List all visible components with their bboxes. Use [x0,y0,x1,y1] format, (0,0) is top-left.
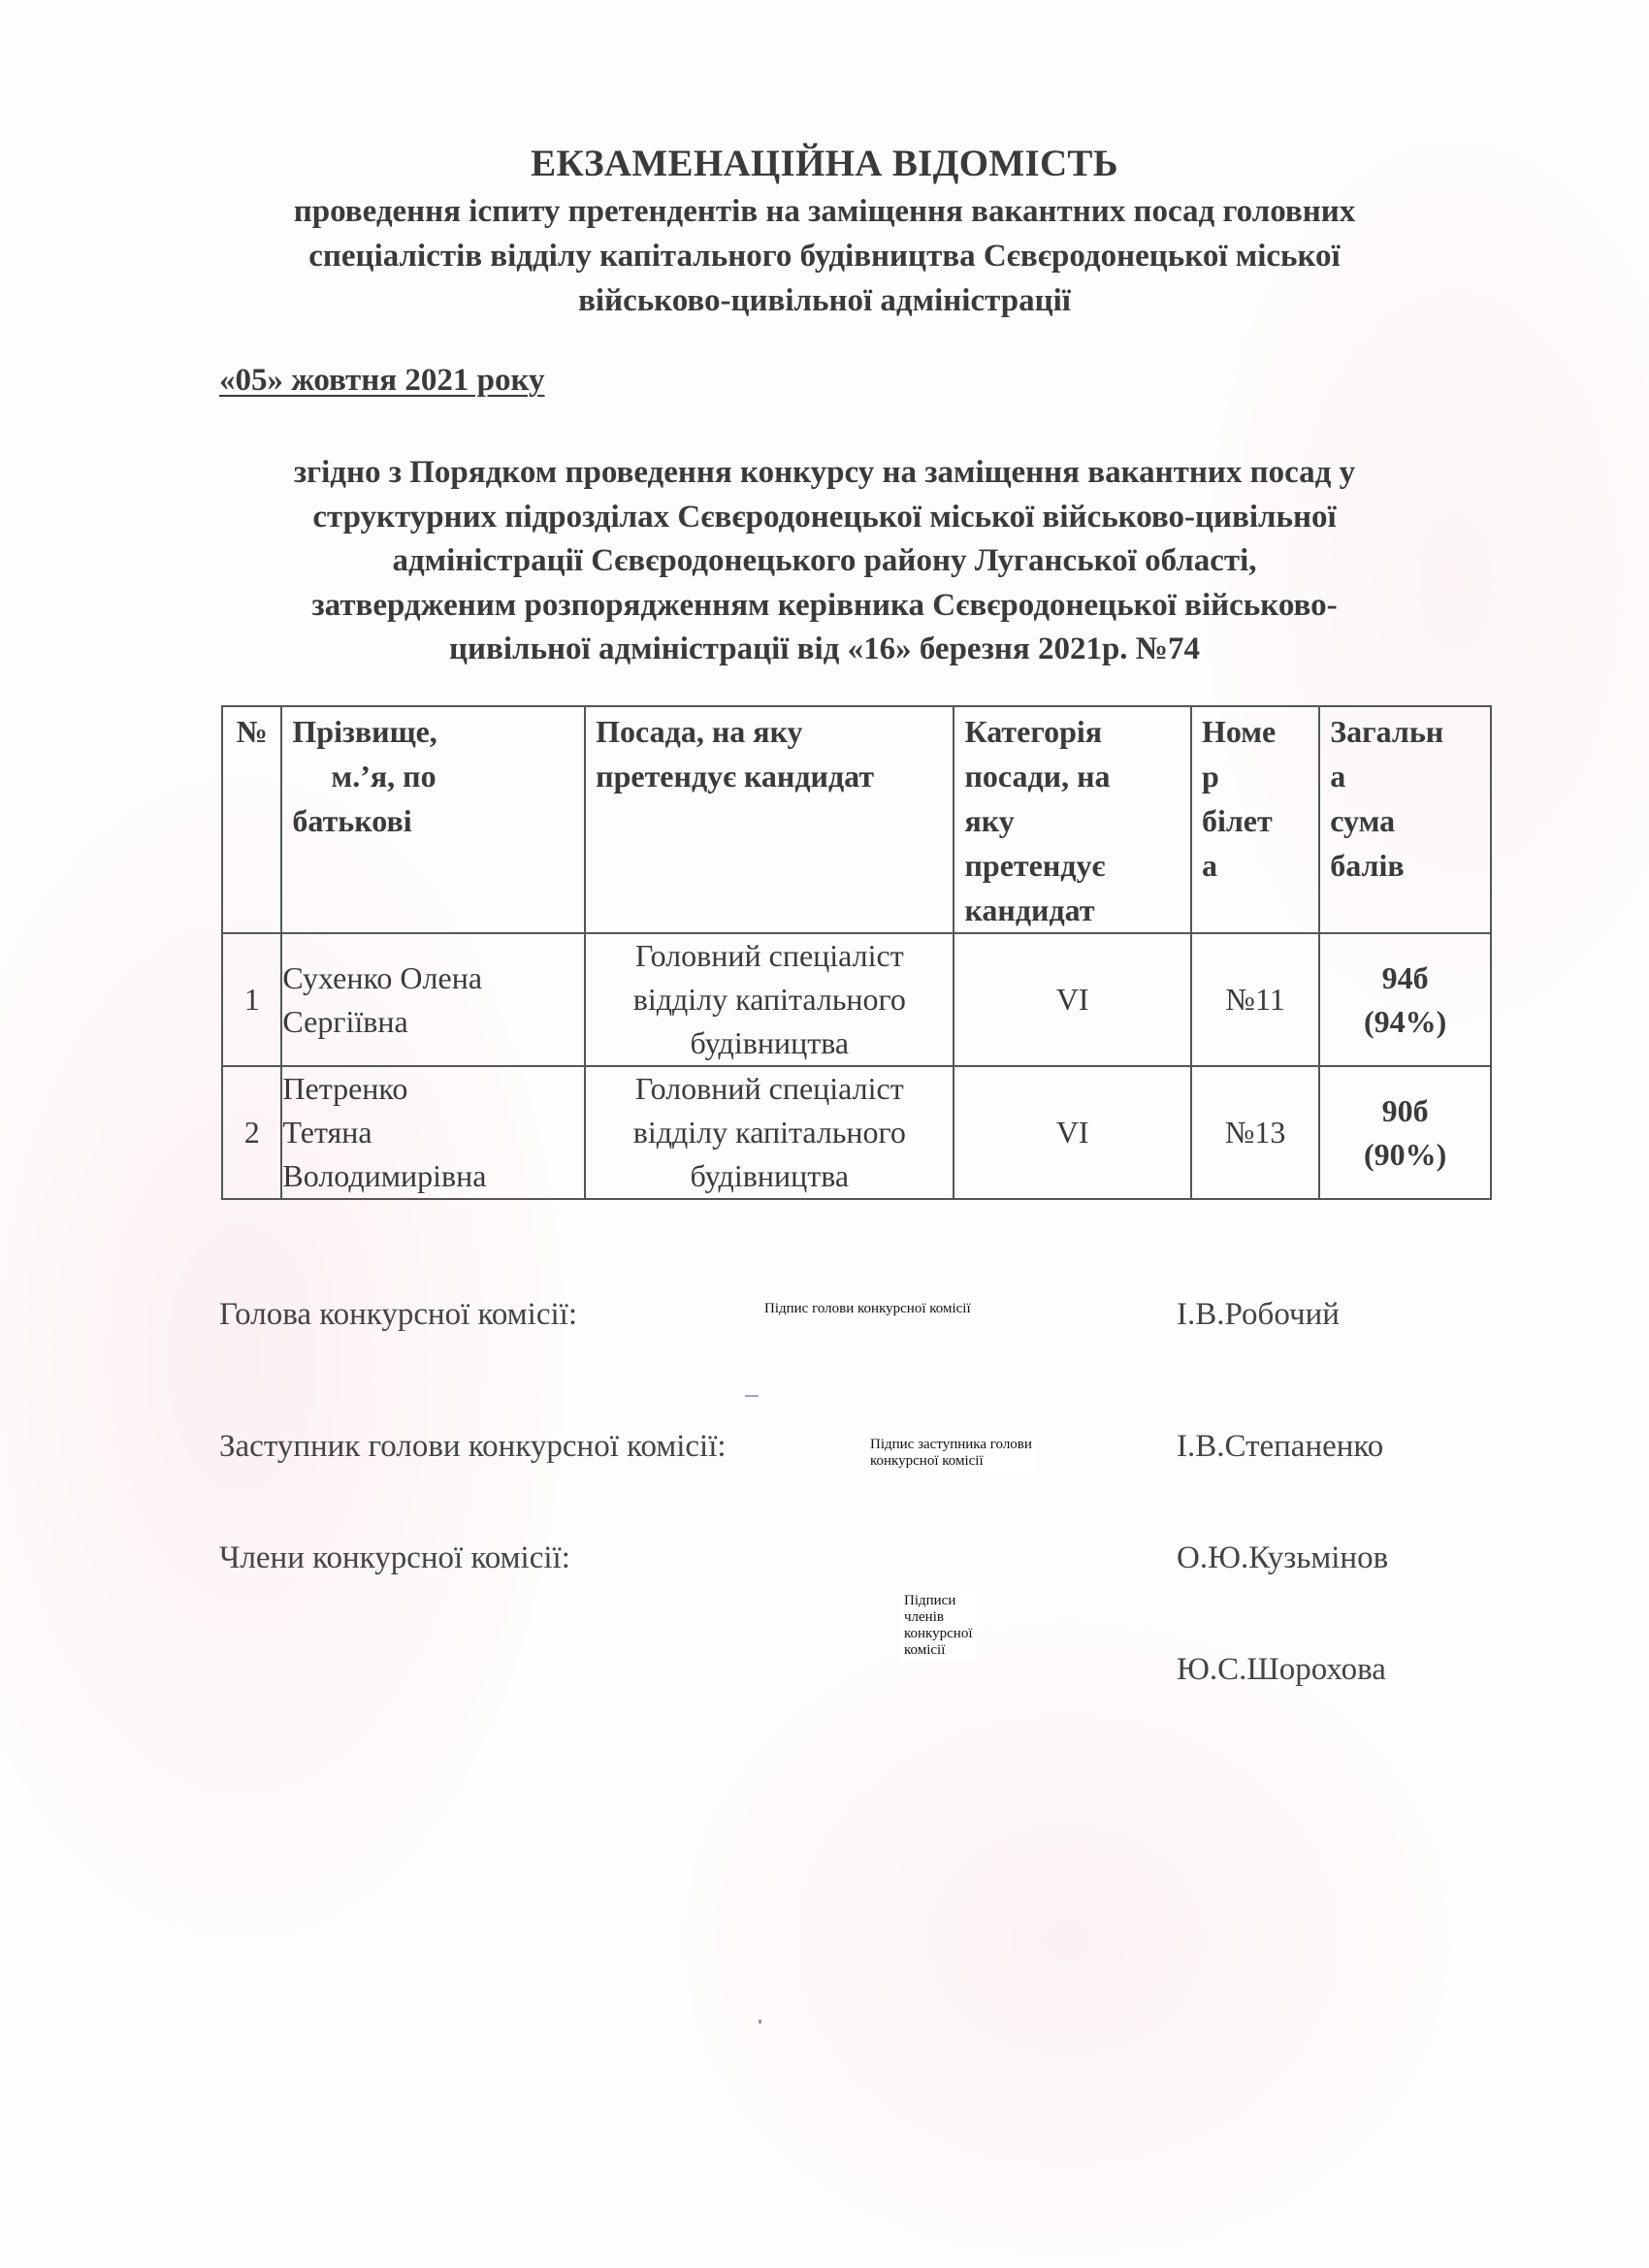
table-header-row: № Прізвище, м.’я, по батькові Посада, на… [222,706,1491,933]
deputy-signature-placeholder: Підпис заступника голови конкурсної комі… [866,1435,1036,1472]
deputy-label: Заступник голови конкурсної комісії: [219,1429,727,1465]
cell-number: 1 [222,933,281,1066]
subtitle-line: спеціалістів відділу капітального будівн… [194,234,1455,278]
header-text: Прізвище, [292,709,576,754]
cell-total-score: 90б (90%) [1319,1066,1491,1199]
document-subtitle: проведення іспиту претендентів на заміще… [194,189,1455,323]
cell-text: Сергіївна [282,1000,584,1044]
cell-text: Петренко [282,1067,584,1111]
document-title: ЕКЗАМЕНАЦІЙНА ВІДОМІСТЬ [194,142,1455,186]
header-text: № [223,709,280,754]
cell-text: відділу капітального [586,978,953,1021]
cell-text: (90%) [1320,1133,1490,1177]
placeholder-text: конкурсної комісії [870,1453,1032,1470]
chair-label: Голова конкурсної комісії: [219,1297,577,1333]
header-number: № [222,706,281,933]
cell-full-name: Сухенко Олена Сергіївна [281,933,585,1066]
chair-signature-placeholder: Підпис голови конкурсної комісії [760,1299,975,1319]
legal-basis: згідно з Порядком проведення конкурсу на… [194,451,1455,672]
cell-total-score: 94б (94%) [1319,933,1491,1066]
document-date: «05» жовтня 2021 року [219,363,545,399]
header-total-score: Загальн а сума балів [1319,706,1491,933]
header-text: батькові [292,798,576,843]
header-text: Категорія [964,709,1182,754]
cell-ticket: №13 [1191,1066,1319,1199]
cell-text: Сухенко Олена [282,956,584,1000]
basis-line: цивільної адміністрації від «16» березня… [194,628,1455,672]
header-position: Посада, на яку претендує кандидат [585,706,954,933]
header-text: сума [1330,798,1482,843]
cell-text: будівництва [586,1154,953,1198]
basis-line: затвердженим розпорядженням керівника Сє… [194,584,1455,629]
header-ticket-number: Номе р білет а [1191,706,1319,933]
cell-text: Головний спеціаліст [586,934,953,978]
cell-ticket: №11 [1191,933,1319,1066]
chair-name: І.В.Робочий [1177,1297,1340,1333]
deputy-name: І.В.Степаненко [1177,1429,1383,1465]
cell-number: 2 [222,1066,281,1199]
cell-position: Головний спеціаліст відділу капітального… [585,933,954,1066]
header-text: білет [1202,798,1310,843]
placeholder-text: Підпис голови конкурсної комісії [764,1301,971,1317]
header-text: м.’я, по [292,754,576,798]
cell-text: Головний спеціаліст [586,1067,953,1111]
header-text: посади, на [964,754,1182,798]
members-label: Члени конкурсної комісії: [219,1540,570,1576]
header-text: яку [964,798,1182,843]
table-row: 1 Сухенко Олена Сергіївна Головний спеці… [222,933,1491,1066]
member-name: О.Ю.Кузьмінов [1177,1540,1388,1576]
header-full-name: Прізвище, м.’я, по батькові [281,706,585,933]
cell-full-name: Петренко Тетяна Володимирівна [281,1066,585,1199]
members-signature-placeholder: Підписи членів конкурсної комісії [900,1591,976,1661]
cell-text: (94%) [1320,1000,1490,1044]
table-row: 2 Петренко Тетяна Володимирівна Головний… [222,1066,1491,1199]
placeholder-text: членів [904,1609,972,1626]
basis-line: згідно з Порядком проведення конкурсу на… [194,451,1455,496]
header-text: а [1330,754,1482,798]
results-table: № Прізвище, м.’я, по батькові Посада, на… [221,705,1492,1200]
header-text: претендує кандидат [596,754,945,798]
basis-line: адміністрації Сєвєродонецького району Лу… [194,539,1455,584]
placeholder-text: Підписи [904,1593,972,1609]
cell-category: VI [954,1066,1191,1199]
placeholder-text: Підпис заступника голови [870,1437,1032,1453]
header-text: балів [1330,843,1482,888]
header-category: Категорія посади, на яку претендує канди… [954,706,1191,933]
cell-text: Володимирівна [282,1154,584,1198]
cell-text: 90б [1320,1089,1490,1133]
placeholder-text: комісії [904,1642,972,1659]
cell-position: Головний спеціаліст відділу капітального… [585,1066,954,1199]
header-text: р [1202,754,1310,798]
cell-category: VI [954,933,1191,1066]
cell-text: відділу капітального [586,1111,953,1154]
subtitle-line: військово-цивільної адміністрації [194,278,1455,323]
header-text: претендує [964,843,1182,888]
placeholder-text: конкурсної [904,1626,972,1642]
cell-text: 94б [1320,956,1490,1000]
scan-artifact [759,2020,761,2024]
header-text: Посада, на яку [596,709,945,754]
header-text: а [1202,843,1310,888]
cell-text: будівництва [586,1021,953,1065]
basis-line: структурних підрозділах Сєвєродонецької … [194,496,1455,540]
header-text: Номе [1202,709,1310,754]
member-name: Ю.С.Шорохова [1177,1652,1386,1688]
scan-artifact [745,1395,759,1397]
header-text: кандидат [964,888,1182,932]
subtitle-line: проведення іспиту претендентів на заміще… [194,189,1455,234]
cell-text: Тетяна [282,1111,584,1154]
header-text: Загальн [1330,709,1482,754]
